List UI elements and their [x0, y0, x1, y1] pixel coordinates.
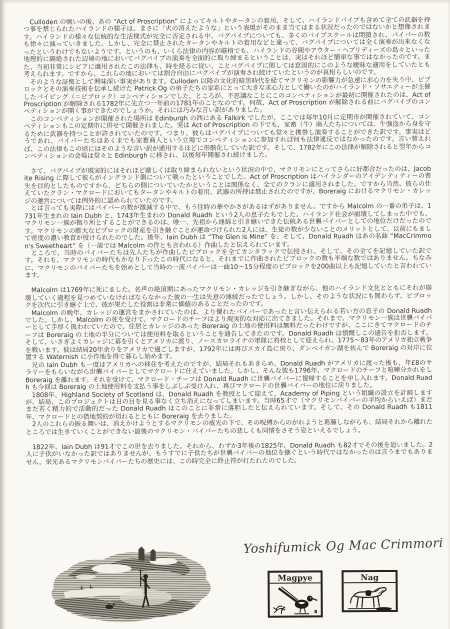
scan-content: Culloden の戦いの後、あの “Act of Proscription” … [0, 0, 450, 629]
paragraph-iain-dubh-salary: 兄の Iain Dubh も一度はアメリカへの移住を考えたのですが、結局それもあ… [25, 359, 432, 391]
stamp-magpye: Magpye [268, 570, 323, 617]
scan-edge-left [0, 0, 6, 629]
paragraph-competition-evidence: そのような証拠として興味深い事実があります。Culloden 以降の文化的暗黒時… [24, 76, 431, 116]
paragraph-academy-of-piping: 1808年、Highland Society of Scotland は、Don… [25, 389, 432, 421]
paragraph-malcolm-death: Malcolm は1769年に死にました。名声の絶頂期にあったマクリモン・カレッ… [25, 285, 432, 310]
paragraph-last-pipers-lament: 2人のこれらの振る舞いは、消えかけようとするマクリモンの威光の下で、その呪縛から… [26, 419, 433, 436]
stamp-nag: Nag [342, 570, 398, 612]
stamp-row: Magpye Nag [268, 570, 398, 618]
paragraph-canntaireachd-memory: ところで、当時のパイパーたちは先人たちが作曲したピブロックを全てカンタラックで伝… [25, 248, 432, 280]
paragraph-jacobite-exception: さて、バグパイプが現実的にはそれほど厳しくは取り締まられないという状況の中で、マ… [24, 166, 431, 206]
landscape-etching-illustration [44, 545, 218, 626]
magpye-label: Magpye [270, 572, 321, 583]
article-text: Culloden の戦いの後、あの “Act of Proscription” … [23, 17, 433, 543]
scanned-page: Culloden の戦いの後、あの “Act of Proscription” … [0, 0, 450, 629]
paragraph-falkirk-fair: このコンペティションが開催された場所は Edinburgh の西にある Falk… [24, 114, 431, 161]
paragraph-final-deaths: 1822年、Iain Dubh は91才でこの世を去りました。それから、わずか3… [26, 441, 433, 466]
scan-edge-top [0, 0, 450, 4]
magpie-bird-icon [270, 583, 321, 616]
coastal-landscape-etching-icon [44, 545, 218, 626]
paragraph-donald-ruadh-america: Malcolm の晩年、カレッジの運営をまかされていたのは、より優れたパイパーで… [25, 307, 432, 362]
horse-icon [344, 583, 396, 611]
paragraph-culloden-aftermath: Culloden の戦いの後、あの “Act of Proscription” … [23, 17, 430, 79]
script-signature: Yoshifumick Og Mac Crimmori [243, 536, 419, 563]
paragraph-two-sons: とは言っても実際にはパイパーの数が激減する中で、もう往時の華やかさがあるはずがあ… [24, 203, 431, 250]
nag-label: Nag [344, 572, 396, 583]
